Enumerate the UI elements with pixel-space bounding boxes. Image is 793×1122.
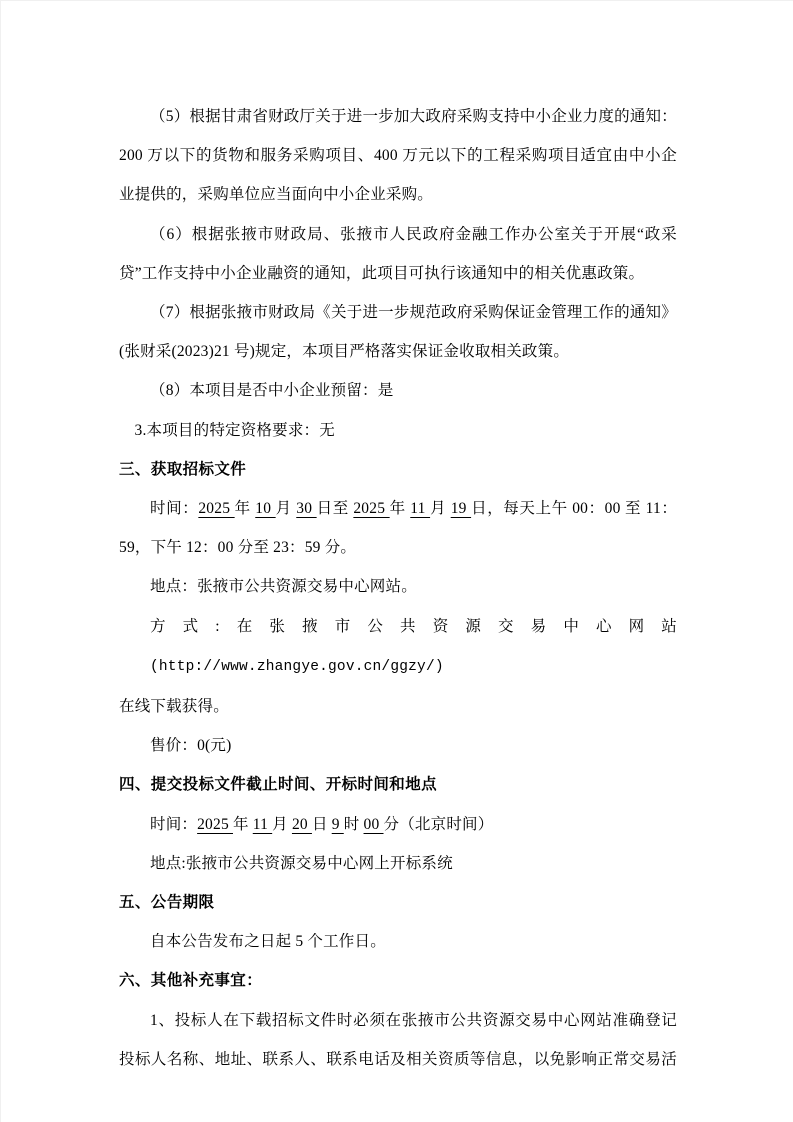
text-run: （7）根据张掖市财政局《关于进一步规范政府采购保证金管理工作的通知》 <box>150 304 677 321</box>
announcement-period-line: 自本公告发布之日起 5 个工作日。 <box>119 922 677 961</box>
text-run: 200 万以下的货物和服务采购项目、400 万元以下的工程采购项目适宜由中小企 <box>119 147 677 164</box>
text-run: 月 <box>276 500 297 517</box>
underlined-value: 20 <box>292 816 312 833</box>
text-run: (张财采(2023)21 号)规定，本项目严格落实保证金收取相关政策。 <box>119 343 569 360</box>
text-run: 售价：0(元) <box>150 737 231 754</box>
text-run: 3.本项目的特定资格要求：无 <box>135 422 335 439</box>
item-3-line: 3.本项目的特定资格要求：无 <box>119 411 677 450</box>
text-run: 年 <box>390 500 411 517</box>
clause-5-line-3: 业提供的，采购单位应当面向中小企业采购。 <box>119 175 677 214</box>
opening-place-line: 地点:张掖市公共资源交易中心网上开标系统 <box>119 844 677 883</box>
underlined-value: 2025 <box>197 816 233 833</box>
text-run: 自本公告发布之日起 5 个工作日。 <box>150 933 386 950</box>
deadline-time-line: 时间：2025 年 11 月 20 日 9 时 00 分（北京时间） <box>119 805 677 844</box>
text-run: 业提供的，采购单位应当面向中小企业采购。 <box>119 186 433 203</box>
text-run: 在线下载获得。 <box>119 698 229 715</box>
text-run: 投标人名称、地址、联系人、联系电话及相关资质等信息，以免影响正常交易活 <box>119 1051 677 1068</box>
supplement-1-line-2: 投标人名称、地址、联系人、联系电话及相关资质等信息，以免影响正常交易活 <box>119 1040 677 1079</box>
document-body: （5）根据甘肃省财政厅关于进一步加大政府采购支持中小企业力度的通知：200 万以… <box>119 97 677 1079</box>
text-run: 四、提交投标文件截止时间、开标时间和地点 <box>119 776 437 793</box>
clause-6-line-2: 贷”工作支持中小企业融资的通知，此项目可执行该通知中的相关优惠政策。 <box>119 254 677 293</box>
text-run: 59，下午 12：00 分至 23：59 分。 <box>119 539 356 556</box>
text-run: 五、公告期限 <box>119 894 214 911</box>
text-run: 日，每天上午 00：00 至 11： <box>471 500 677 517</box>
section-5-heading: 五、公告期限 <box>119 883 677 922</box>
text-run: 三、获取招标文件 <box>119 461 246 478</box>
text-run: 年 <box>233 816 253 833</box>
obtain-place-line: 地点：张掖市公共资源交易中心网站。 <box>119 567 677 606</box>
underlined-value: 11 <box>253 816 272 833</box>
text-run: 月 <box>272 816 292 833</box>
section-4-heading: 四、提交投标文件截止时间、开标时间和地点 <box>119 765 677 804</box>
text-run: 贷”工作支持中小企业融资的通知，此项目可执行该通知中的相关优惠政策。 <box>119 265 644 282</box>
text-run: 方式:在张掖市公共资源交易中心网站 <box>150 618 677 635</box>
text-run: （8）本项目是否中小企业预留：是 <box>150 382 393 399</box>
clause-6-line-1: （6）根据张掖市财政局、张掖市人民政府金融工作办公室关于开展“政采 <box>119 215 677 254</box>
text-run: （5）根据甘肃省财政厅关于进一步加大政府采购支持中小企业力度的通知： <box>150 108 677 125</box>
underlined-value: 30 <box>296 500 316 517</box>
text-run: 分（北京时间） <box>384 816 494 833</box>
obtain-method-line-1: 方式:在张掖市公共资源交易中心网站(http://www.zhangye.gov… <box>119 607 677 687</box>
text-run: 1、投标人在下载招标文件时必须在张掖市公共资源交易中心网站准确登记 <box>150 1012 677 1029</box>
section-6-heading: 六、其他补充事宜： <box>119 961 677 1000</box>
text-run: 地点：张掖市公共资源交易中心网站。 <box>150 578 417 595</box>
text-run: 时 <box>344 816 364 833</box>
url-text: (http://www.zhangye.gov.cn/ggzy/) <box>150 659 444 675</box>
price-line: 售价：0(元) <box>119 726 677 765</box>
obtain-time-line-2: 59，下午 12：00 分至 23：59 分。 <box>119 528 677 567</box>
underlined-value: 10 <box>255 500 275 517</box>
clause-7-line-1: （7）根据张掖市财政局《关于进一步规范政府采购保证金管理工作的通知》 <box>119 293 677 332</box>
text-run: 地点:张掖市公共资源交易中心网上开标系统 <box>150 855 453 872</box>
clause-8-line: （8）本项目是否中小企业预留：是 <box>119 371 677 410</box>
clause-5-line-1: （5）根据甘肃省财政厅关于进一步加大政府采购支持中小企业力度的通知： <box>119 97 677 136</box>
clause-7-line-2: (张财采(2023)21 号)规定，本项目严格落实保证金收取相关政策。 <box>119 332 677 371</box>
underlined-value: 2025 <box>198 500 234 517</box>
clause-5-line-2: 200 万以下的货物和服务采购项目、400 万元以下的工程采购项目适宜由中小企 <box>119 136 677 175</box>
section-3-heading: 三、获取招标文件 <box>119 450 677 489</box>
text-run: 时间： <box>150 816 197 833</box>
text-run: 六、其他补充事宜： <box>119 972 262 989</box>
obtain-time-line-1: 时间：2025 年 10 月 30 日至 2025 年 11 月 19 日，每天… <box>119 489 677 528</box>
text-run: 月 <box>430 500 451 517</box>
text-run: 日至 <box>317 500 354 517</box>
obtain-method-line-2: 在线下载获得。 <box>119 687 677 726</box>
text-run: 日 <box>312 816 332 833</box>
text-run: 年 <box>235 500 256 517</box>
document-page: （5）根据甘肃省财政厅关于进一步加大政府采购支持中小企业力度的通知：200 万以… <box>0 0 793 1122</box>
underlined-value: 00 <box>364 816 384 833</box>
underlined-value: 11 <box>410 500 430 517</box>
text-run: （6）根据张掖市财政局、张掖市人民政府金融工作办公室关于开展“政采 <box>150 226 677 243</box>
underlined-value: 19 <box>451 500 471 517</box>
underlined-value: 9 <box>332 816 344 833</box>
supplement-1-line-1: 1、投标人在下载招标文件时必须在张掖市公共资源交易中心网站准确登记 <box>119 1001 677 1040</box>
underlined-value: 2025 <box>353 500 389 517</box>
text-run: 时间： <box>150 500 198 517</box>
